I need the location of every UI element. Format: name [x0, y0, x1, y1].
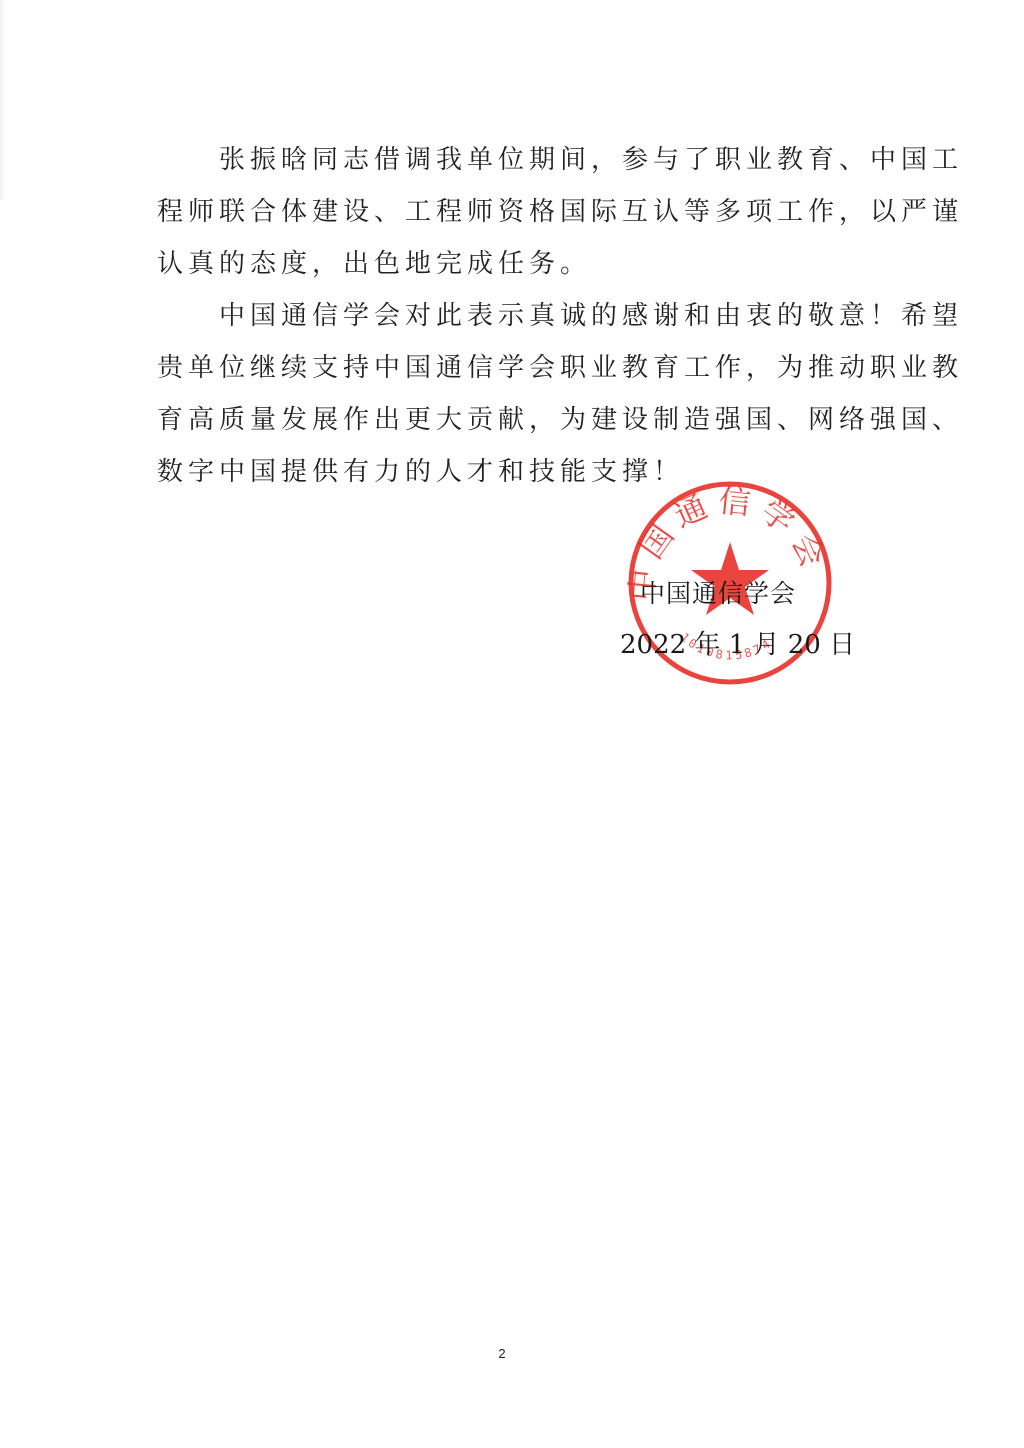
paragraph-line: 张振晗同志借调我单位期间，参与了职业教育、中国工: [219, 134, 877, 186]
signing-date: 2022 年 1 月 20 日: [620, 624, 855, 661]
letter-body: 张振晗同志借调我单位期间，参与了职业教育、中国工 程师联合体建设、工程师资格国际…: [157, 134, 877, 498]
paragraph-line: 中国通信学会对此表示真诚的感谢和由衷的敬意！希望: [219, 290, 877, 342]
page-number: 2: [0, 1346, 1004, 1361]
paragraph-line: 认真的态度，出色地完成任务。: [157, 238, 877, 290]
paragraph-line: 贵单位继续支持中国通信学会职业教育工作，为推动职业教: [157, 342, 877, 394]
paragraph-1: 张振晗同志借调我单位期间，参与了职业教育、中国工 程师联合体建设、工程师资格国际…: [157, 134, 877, 290]
paragraph-line: 程师联合体建设、工程师资格国际互认等多项工作，以严谨: [157, 186, 877, 238]
paragraph-2: 中国通信学会对此表示真诚的感谢和由衷的敬意！希望 贵单位继续支持中国通信学会职业…: [157, 290, 877, 498]
signing-organization: 中国通信学会: [640, 574, 796, 610]
paragraph-line: 育高质量发展作出更大贡献，为建设制造强国、网络强国、: [157, 394, 877, 446]
scan-edge-shadow: [0, 0, 6, 200]
